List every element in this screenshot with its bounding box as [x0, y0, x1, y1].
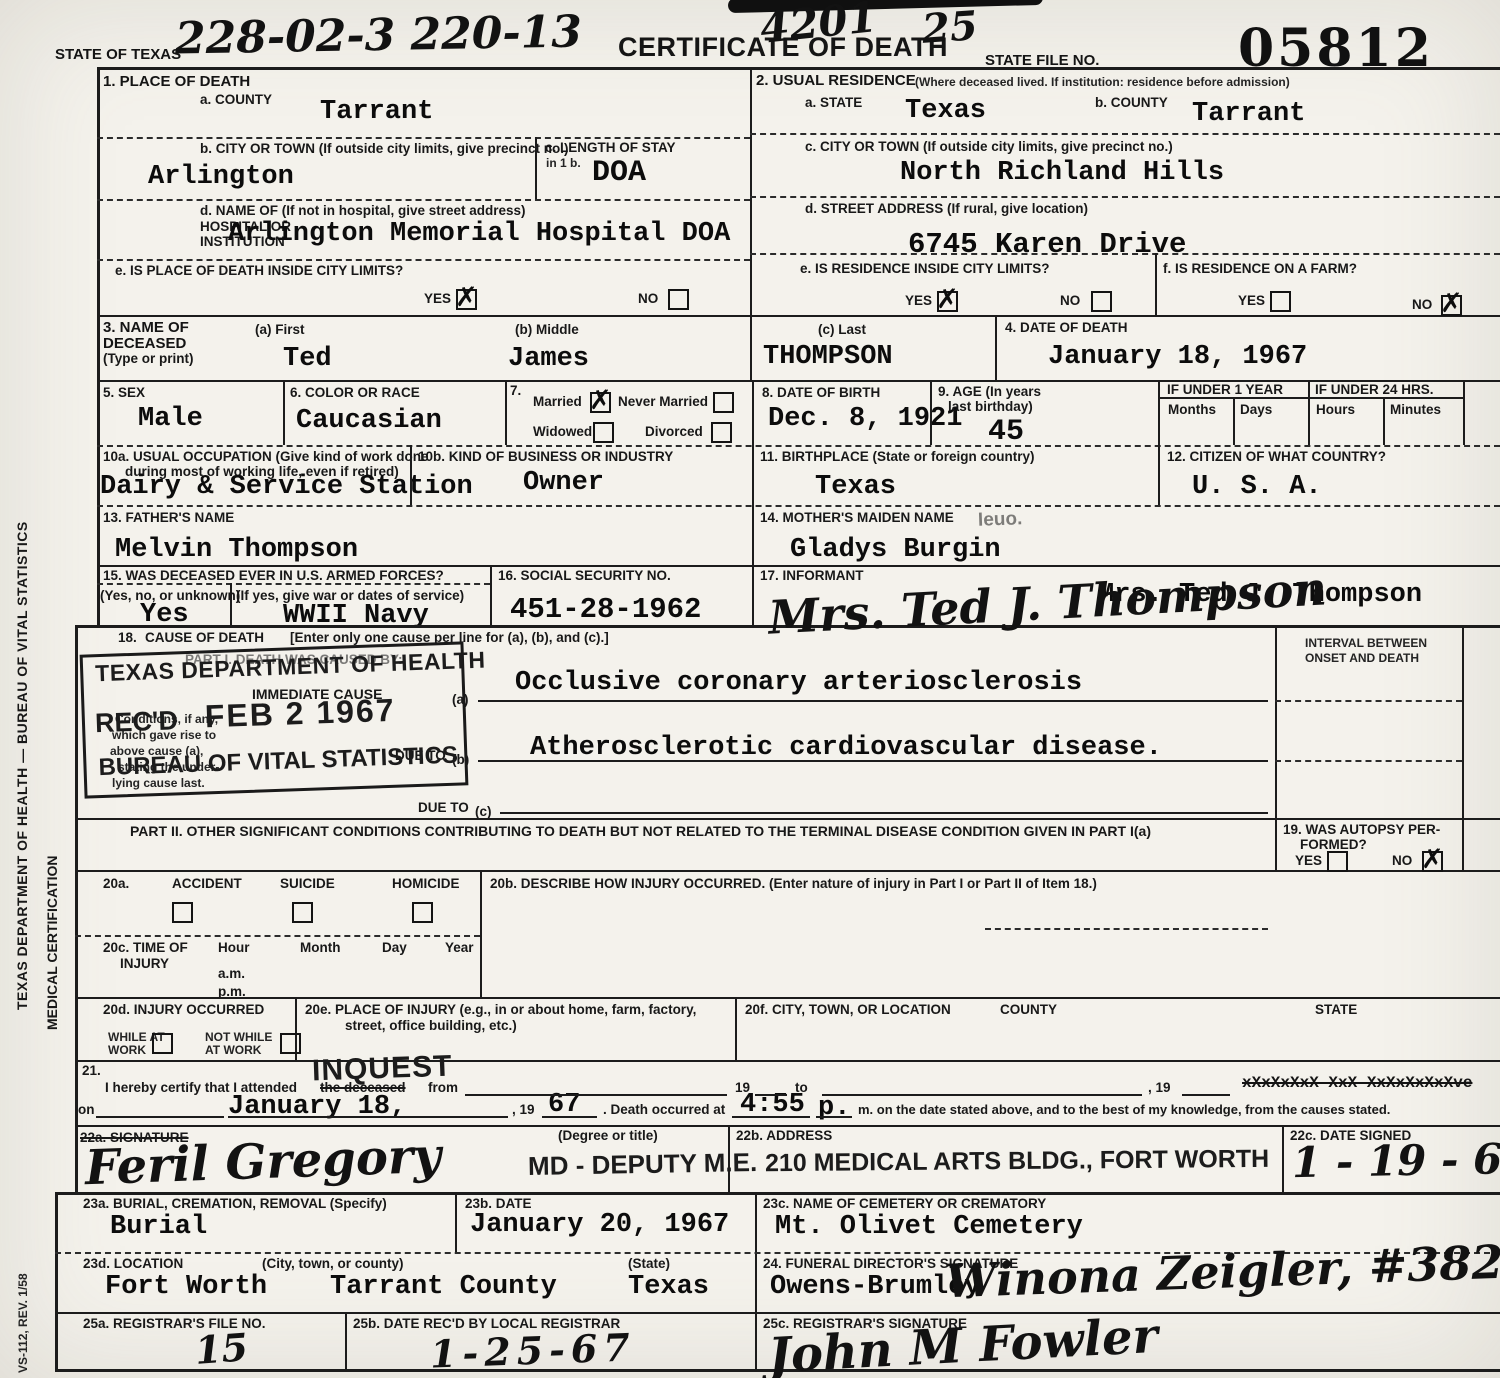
received-stamp-recd: REC'D — [95, 706, 179, 739]
divider — [1155, 253, 1157, 315]
answer-line — [816, 1116, 852, 1118]
cause-b-value: Atherosclerotic cardiovascular disease. — [530, 735, 1162, 762]
describe-injury-label: 20b. DESCRIBE HOW INJURY OCCURRED. (Ente… — [490, 876, 1097, 892]
not-while-at-work-label-2: AT WORK — [205, 1043, 261, 1057]
race-label: 6. COLOR OR RACE — [290, 385, 420, 401]
handwritten-district-code: 228-02-3 220-13 — [175, 10, 583, 61]
divider — [97, 583, 490, 585]
checkbox-residence-on-farm-yes — [1270, 291, 1291, 312]
am-label: a.m. — [218, 966, 245, 982]
divider — [97, 315, 1500, 317]
cause-of-death-label: CAUSE OF DEATH — [145, 630, 264, 646]
age-label: 9. AGE (In years — [938, 384, 1041, 400]
death-occurred-at-label: . Death occurred at — [603, 1102, 725, 1118]
city-of-death-value: Arlington — [148, 164, 294, 191]
date-of-birth-value: Dec. 8, 1921 — [768, 406, 962, 433]
divider — [1275, 818, 1277, 870]
answer-line — [1182, 1094, 1230, 1096]
name-of-deceased-label: 3. NAME OF — [103, 319, 189, 336]
divider — [750, 315, 752, 380]
divider — [1275, 700, 1462, 702]
age-value: 45 — [988, 417, 1024, 447]
margin-medical-certification: MEDICAL CERTIFICATION — [44, 695, 61, 1030]
divider — [752, 445, 754, 505]
days-label: Days — [1240, 402, 1272, 418]
received-stamp-line1: TEXAS DEPARTMENT OF HEALTH — [95, 648, 486, 687]
certify-on-label: on — [78, 1102, 95, 1118]
marital-status-label: 7. — [510, 383, 521, 399]
divider — [1462, 625, 1464, 870]
ssn-value: 451-28-1962 — [510, 595, 701, 624]
answer-line — [985, 928, 1268, 930]
answer-line — [228, 1116, 508, 1118]
divider — [97, 199, 750, 201]
occupation-value: Dairy & Service Station — [100, 474, 473, 501]
address-label: 22b. ADDRESS — [736, 1128, 832, 1144]
citizen-label: 12. CITIZEN OF WHAT COUNTRY? — [1167, 449, 1386, 465]
margin-form-code: VS-112, REV. 1/58 — [16, 1228, 30, 1373]
married-label: Married — [533, 394, 582, 410]
month-label: Month — [300, 940, 340, 956]
certify-19b-label: , 19 — [1148, 1080, 1171, 1096]
checkbox-autopsy-yes — [1327, 851, 1348, 872]
death-inside-city-limits-label: e. IS PLACE OF DEATH INSIDE CITY LIMITS? — [115, 263, 403, 279]
cemetery-label: 23c. NAME OF CEMETERY OR CREMATORY — [763, 1196, 1046, 1212]
industry-label: 10b. KIND OF BUSINESS OR INDUSTRY — [418, 449, 673, 465]
border-left-lower — [55, 1192, 58, 1371]
checkbox-autopsy-no — [1422, 851, 1443, 872]
date-of-death-label: 4. DATE OF DEATH — [1005, 320, 1128, 336]
divider — [750, 67, 752, 315]
father-name-label: 13. FATHER'S NAME — [103, 510, 234, 526]
injury-city-label: 20f. CITY, TOWN, OR LOCATION — [745, 1002, 951, 1018]
time-of-injury-label-1: 20c. TIME OF — [103, 940, 188, 956]
residence-on-farm-label: f. IS RESIDENCE ON A FARM? — [1163, 261, 1357, 277]
name-of-deceased-label-2: DECEASED — [103, 335, 186, 352]
divider — [97, 505, 1500, 507]
physician-signature-handwritten: Feril Gregory — [84, 1132, 442, 1192]
day-label: Day — [382, 940, 407, 956]
yes-label: YES — [905, 293, 932, 309]
sex-label: 5. SEX — [103, 385, 145, 401]
divorced-label: Divorced — [645, 424, 703, 440]
place-of-injury-label-2: street, office building, etc.) — [345, 1018, 517, 1034]
divider — [97, 445, 1500, 447]
residence-inside-city-limits-label: e. IS RESIDENCE INSIDE CITY LIMITS? — [800, 261, 1050, 277]
father-name-value: Melvin Thompson — [115, 537, 358, 564]
divider — [75, 818, 1500, 820]
usual-residence-subtitle: (Where deceased lived. If institution: r… — [915, 75, 1290, 89]
certify-crossed-out-text: xXxXxXxX XxX XxXxXxXxXve — [1242, 1074, 1472, 1092]
inquest-stamp: INQUEST — [311, 1050, 452, 1088]
registrar-file-no-value: 15 — [194, 1328, 249, 1370]
first-name-label: (a) First — [255, 322, 305, 338]
accident-section-num: 20a. — [103, 876, 129, 892]
checkbox-residence-inside-city-no — [1091, 291, 1112, 312]
cemetery-value: Mt. Olivet Cemetery — [775, 1214, 1083, 1241]
interval-label-2: ONSET AND DEATH — [1305, 651, 1419, 665]
months-label: Months — [1168, 402, 1216, 418]
divider — [1233, 397, 1235, 445]
yes-label: YES — [1295, 853, 1322, 869]
answer-line — [500, 812, 1268, 814]
middle-name-value: James — [508, 346, 589, 373]
answer-line — [822, 1094, 1142, 1096]
cause-a-value: Occlusive coronary arteriosclerosis — [515, 670, 1082, 697]
residence-county-label: b. COUNTY — [1095, 95, 1168, 111]
time-of-death-value: 4:55 — [740, 1092, 805, 1119]
divider — [410, 445, 412, 505]
last-name-value: THOMPSON — [763, 344, 893, 371]
birthplace-label: 11. BIRTHPLACE (State or foreign country… — [760, 449, 1035, 465]
divider — [230, 583, 232, 625]
suicide-label: SUICIDE — [280, 876, 335, 892]
length-of-stay-label: c. LENGTH OF STAY — [545, 140, 676, 156]
part2-text: PART II. OTHER SIGNIFICANT CONDITIONS CO… — [130, 823, 1151, 840]
divider — [750, 196, 1500, 198]
handwritten-number-2: 25 — [921, 6, 979, 50]
divider — [735, 997, 737, 1060]
divider — [1158, 397, 1463, 399]
middle-name-label: (b) Middle — [515, 322, 579, 338]
divider — [480, 870, 482, 997]
accident-label: ACCIDENT — [172, 876, 242, 892]
divider — [1158, 445, 1160, 505]
certify-year-value: 67 — [548, 1092, 580, 1119]
no-label: NO — [1060, 293, 1080, 309]
if-under-24-hrs-label: IF UNDER 24 HRS. — [1315, 382, 1434, 398]
margin-department-text: TEXAS DEPARTMENT OF HEALTH — BUREAU OF V… — [14, 255, 31, 1010]
certify-19c-label: , 19 — [512, 1102, 535, 1118]
burial-label: 23a. BURIAL, CREMATION, REMOVAL (Specify… — [83, 1196, 387, 1212]
hours-label: Hours — [1316, 402, 1355, 418]
divider — [97, 259, 750, 261]
divider — [1308, 380, 1310, 445]
due-to-c-label: DUE TO — [418, 800, 469, 816]
divider — [97, 380, 1500, 382]
autopsy-label-1: 19. WAS AUTOPSY PER- — [1283, 822, 1440, 838]
divider — [345, 1312, 347, 1369]
city-of-death-label: b. CITY OR TOWN (If outside city limits,… — [200, 141, 569, 157]
divider — [455, 1192, 457, 1252]
location-city-value: Fort Worth — [105, 1274, 267, 1301]
length-of-stay-value: DOA — [592, 158, 646, 188]
minutes-label: Minutes — [1390, 402, 1441, 418]
race-value: Caucasian — [296, 408, 442, 435]
location-city-sub-label: (City, town, or county) — [262, 1256, 404, 1272]
yes-label: YES — [424, 291, 451, 307]
checkbox-accident — [172, 902, 193, 923]
divider — [75, 1060, 1500, 1062]
checkbox-residence-on-farm-no — [1441, 295, 1462, 316]
date-of-birth-label: 8. DATE OF BIRTH — [762, 385, 880, 401]
divider — [930, 380, 932, 445]
divider — [752, 380, 754, 445]
occupation-label: 10a. USUAL OCCUPATION (Give kind of work… — [103, 449, 429, 465]
death-certificate-scan: STATE OF TEXAS 228-02-3 220-13 CERTIFICA… — [0, 0, 1500, 1378]
time-of-death-ampm: p. — [818, 1095, 850, 1122]
location-label: 23d. LOCATION — [83, 1256, 183, 1272]
divider — [97, 137, 750, 139]
injury-occurred-label: 20d. INJURY OCCURRED — [103, 1002, 264, 1018]
degree-or-title-label: (Degree or title) — [558, 1128, 658, 1144]
divider — [1282, 1125, 1284, 1192]
yes-label: YES — [1238, 293, 1265, 309]
divider — [755, 1312, 757, 1369]
no-label: NO — [1392, 853, 1412, 869]
interval-label-1: INTERVAL BETWEEN — [1305, 636, 1427, 650]
no-label: NO — [638, 291, 658, 307]
checkbox-suicide — [292, 902, 313, 923]
divider — [1383, 397, 1385, 445]
location-state-value: Texas — [628, 1274, 709, 1301]
location-county-value: Tarrant County — [330, 1274, 557, 1301]
funeral-director-signature: Winona Zeigler, #3823 — [944, 1238, 1500, 1305]
answer-line — [465, 1094, 727, 1096]
date-signed-value: 1 - 19 - 67 — [1292, 1138, 1500, 1184]
mother-name-value: Gladys Burgin — [790, 537, 1001, 564]
residence-city-value: North Richland Hills — [900, 160, 1224, 187]
hour-label: Hour — [218, 940, 250, 956]
divider — [75, 935, 480, 937]
checkbox-divorced — [711, 422, 732, 443]
usual-residence-title: 2. USUAL RESIDENCE — [756, 72, 916, 89]
divider — [752, 565, 754, 625]
certify-num: 21. — [82, 1063, 101, 1079]
industry-value: Owner — [523, 470, 604, 497]
while-at-work-label-2: WORK — [108, 1043, 146, 1057]
checkbox-death-inside-city-no — [668, 289, 689, 310]
answer-line — [542, 1116, 597, 1118]
divider — [535, 137, 537, 199]
injury-county-label: COUNTY — [1000, 1002, 1057, 1018]
last-name-label: (c) Last — [818, 322, 866, 338]
burial-date-value: January 20, 1967 — [470, 1212, 729, 1239]
answer-line — [478, 760, 1268, 762]
border-left-upper — [97, 67, 100, 625]
informant-label: 17. INFORMANT — [760, 568, 864, 584]
answer-line — [96, 1116, 224, 1118]
sex-value: Male — [138, 406, 203, 433]
deputy-me-stamp: MD - DEPUTY M.E. — [528, 1148, 758, 1181]
divider — [75, 1125, 1500, 1127]
received-stamp-line3: BUREAU OF VITAL STATISTICS — [98, 743, 458, 782]
date-of-death-value: January 18, 1967 — [1048, 344, 1307, 371]
border-left-medical — [75, 625, 78, 1192]
divider — [1463, 380, 1465, 445]
divider — [1158, 380, 1160, 445]
no-label: NO — [1412, 297, 1432, 313]
stamp-artifact: Ieuo. — [978, 509, 1023, 531]
divider — [75, 870, 1500, 872]
divider — [505, 380, 507, 445]
divider — [1275, 760, 1462, 762]
county-of-death-value: Tarrant — [320, 99, 433, 126]
residence-city-label: c. CITY OR TOWN (If outside city limits,… — [805, 139, 1173, 155]
checkbox-never-married — [713, 392, 734, 413]
armed-forces-label: 15. WAS DECEASED EVER IN U.S. ARMED FORC… — [103, 568, 444, 584]
divider — [283, 380, 285, 445]
first-name-value: Ted — [283, 346, 332, 373]
never-married-label: Never Married — [618, 394, 708, 410]
checkbox-residence-inside-city-yes — [937, 291, 958, 312]
divider — [55, 1192, 1500, 1195]
ssn-label: 16. SOCIAL SECURITY NO. — [498, 568, 671, 584]
divider — [995, 315, 997, 380]
if-under-1-year-label: IF UNDER 1 YEAR — [1167, 382, 1283, 398]
certify-tail-text: m. on the date stated above, and to the … — [858, 1102, 1390, 1117]
time-of-injury-label-2: INJURY — [120, 956, 169, 972]
checkbox-while-at-work — [152, 1033, 173, 1054]
divider — [75, 997, 1500, 999]
age-label-2: last birthday) — [948, 399, 1033, 415]
street-address-label: d. STREET ADDRESS (If rural, give locati… — [805, 201, 1088, 217]
checkbox-death-inside-city-yes — [456, 289, 477, 310]
burial-value: Burial — [110, 1214, 207, 1241]
received-stamp: TEXAS DEPARTMENT OF HEALTH REC'D FEB 2 1… — [80, 641, 469, 798]
year-label: Year — [445, 940, 474, 956]
name-of-deceased-label-3: (Type or print) — [103, 351, 194, 367]
address-value: 210 MEDICAL ARTS BLDG., FORT WORTH — [765, 1146, 1269, 1178]
checkbox-widowed — [593, 422, 614, 443]
state-of-texas-label: STATE OF TEXAS — [55, 46, 181, 63]
institution-value: Arlington Memorial Hospital DOA — [228, 221, 730, 248]
border-top — [97, 67, 1500, 70]
citizen-value: U. S. A. — [1192, 474, 1322, 501]
divider — [55, 1312, 1500, 1314]
answer-line — [732, 1116, 810, 1118]
answer-line — [478, 700, 1268, 702]
checkbox-not-while-at-work — [280, 1033, 301, 1054]
cause-of-death-num: 18. — [118, 630, 137, 646]
county-of-death-label: a. COUNTY — [200, 92, 272, 108]
birthplace-value: Texas — [815, 474, 896, 501]
checkbox-married — [590, 392, 611, 413]
divider — [490, 565, 492, 625]
injury-state-label: STATE — [1315, 1002, 1357, 1018]
divider — [750, 253, 1500, 255]
checkbox-homicide — [412, 902, 433, 923]
mother-name-label: 14. MOTHER'S MAIDEN NAME — [760, 510, 954, 526]
answer-line — [755, 1094, 787, 1096]
institution-label: d. NAME OF (If not in hospital, give str… — [200, 203, 526, 219]
place-of-injury-label-1: 20e. PLACE OF INJURY (e.g., in or about … — [305, 1002, 696, 1018]
residence-state-label: a. STATE — [805, 95, 862, 111]
date-recd-value: 1-25-67 — [429, 1328, 636, 1373]
location-state-sub-label: (State) — [628, 1256, 670, 1272]
widowed-label: Widowed — [533, 424, 592, 440]
received-stamp-date: FEB 2 1967 — [204, 693, 396, 735]
length-of-stay-sub: in 1 b. — [546, 156, 581, 170]
divider — [752, 505, 754, 565]
residence-state-value: Texas — [905, 98, 986, 125]
divider — [750, 133, 1500, 135]
residence-county-value: Tarrant — [1192, 101, 1305, 128]
handwritten-number-1: 4201 — [758, 0, 879, 50]
place-of-death-title: 1. PLACE OF DEATH — [103, 73, 250, 90]
homicide-label: HOMICIDE — [392, 876, 460, 892]
